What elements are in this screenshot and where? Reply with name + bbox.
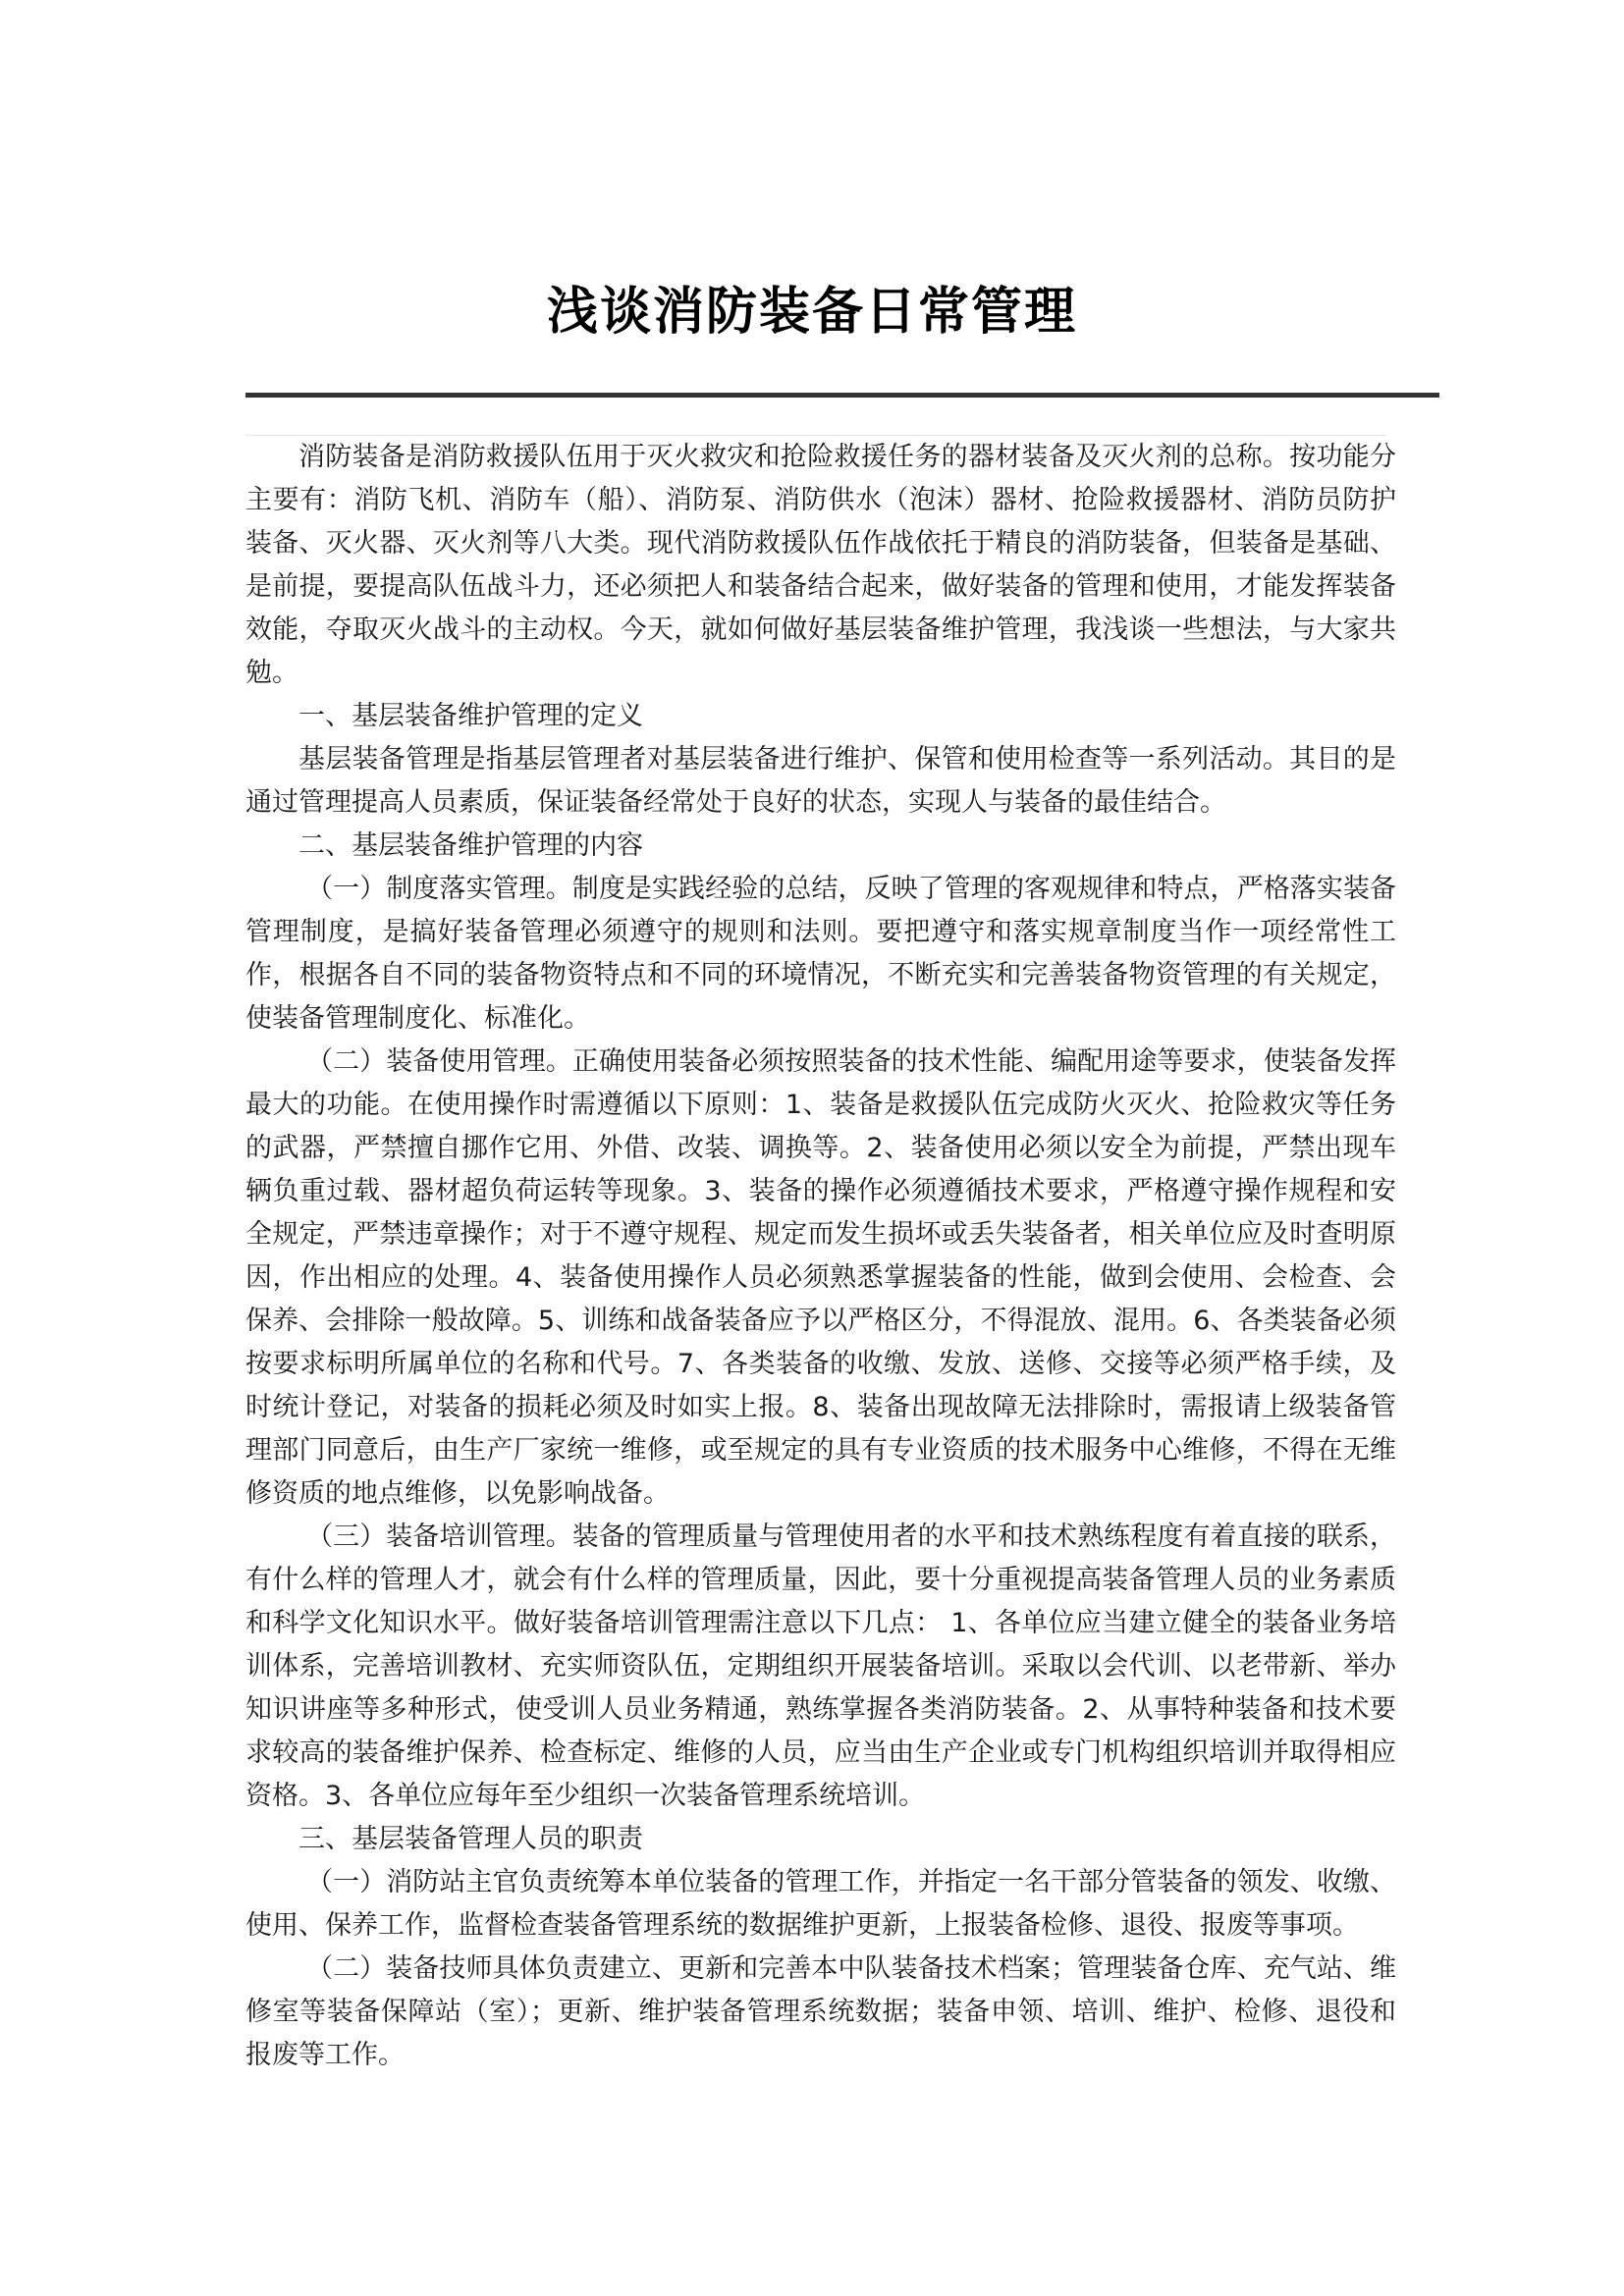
document-title: 浅谈消防装备日常管理 <box>0 277 1624 347</box>
system-management-paragraph: （一）制度落实管理。制度是实践经验的总结，反映了管理的客观规律和特点，严格落实装… <box>245 868 1396 1041</box>
intro-paragraph: 消防装备是消防救援队伍用于灭火救灾和抢险救援任务的器材装备及灭火剂的总称。按功能… <box>245 436 1396 695</box>
definition-paragraph: 基层装备管理是指基层管理者对基层装备进行维护、保管和使用检查等一系列活动。其目的… <box>245 738 1396 825</box>
title-divider <box>245 393 1439 398</box>
document-body: 消防装备是消防救援队伍用于灭火救灾和抢险救援任务的器材装备及灭火剂的总称。按功能… <box>245 436 1396 2077</box>
usage-management-paragraph: （二）装备使用管理。正确使用装备必须按照装备的技术性能、编配用途等要求，使装备发… <box>245 1041 1396 1516</box>
section-heading-2: 二、基层装备维护管理的内容 <box>245 825 1396 868</box>
technician-duties-paragraph: （二）装备技师具体负责建立、更新和完善本中队装备技术档案；管理装备仓库、充气站、… <box>245 1948 1396 2077</box>
section-heading-3: 三、基层装备管理人员的职责 <box>245 1818 1396 1861</box>
section-heading-1: 一、基层装备维护管理的定义 <box>245 695 1396 738</box>
document-page: 浅谈消防装备日常管理 消防装备是消防救援队伍用于灭火救灾和抢险救援任务的器材装备… <box>0 0 1624 2296</box>
training-management-paragraph: （三）装备培训管理。装备的管理质量与管理使用者的水平和技术熟练程度有着直接的联系… <box>245 1516 1396 1818</box>
station-chief-duties-paragraph: （一）消防站主官负责统筹本单位装备的管理工作，并指定一名干部分管装备的领发、收缴… <box>245 1861 1396 1948</box>
